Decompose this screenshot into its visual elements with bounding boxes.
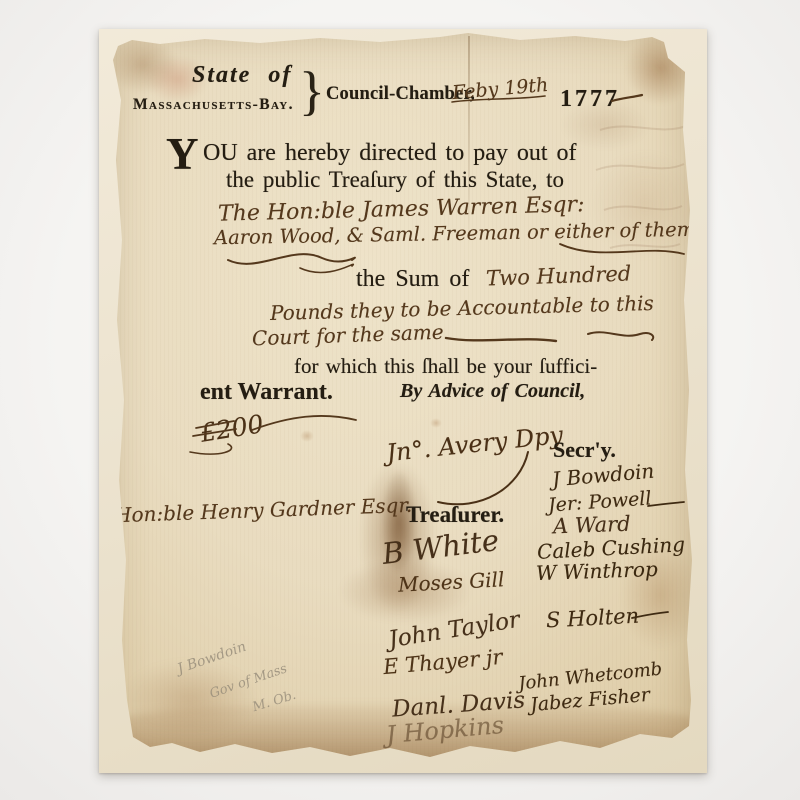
dropcap-Y: Y [166, 132, 199, 177]
printed-sum-of: the Sum of [356, 266, 469, 293]
handwritten-jn-avery: Jn°. Avery Dpy [385, 421, 564, 467]
photo-background: State of Massachusetts-Bay. } Council-Ch… [0, 0, 800, 800]
handwritten-amount: £200 [198, 409, 265, 448]
signature-j-bowdoin: J Bowdoin [551, 459, 655, 492]
signature-s-holten: S Holten [545, 604, 639, 633]
foxing-dot-1 [300, 430, 314, 442]
pencil-note-line-3: M. Ob. [251, 688, 298, 715]
signature-a-ward: A Ward [553, 512, 631, 539]
printed-line-1: OU are hereby directed to pay out of [203, 140, 577, 167]
printed-secry: Secr'y. [553, 437, 616, 463]
signature-moses-gill: Moses Gill [397, 567, 505, 597]
pencil-note-line-1: J Bowdoin [175, 639, 248, 677]
printed-by-advice: By Advice of Council, [400, 380, 585, 403]
signature-b-white: B White [380, 523, 500, 571]
signature-w-winthrop: W Winthrop [536, 557, 658, 585]
handwritten-henry-gardner: Hon:ble Henry Gardner Esqr. [114, 493, 413, 527]
printed-state-of: State of [192, 62, 292, 89]
handwritten-two-hundred: Two Hundred [486, 261, 632, 290]
printed-ent-warrant: ent Warrant. [200, 379, 333, 406]
printed-closing-1: for which this ſhall be your ſuffici- [294, 354, 597, 379]
handwritten-accountable-line: Pounds they to be Accountable to this [270, 291, 654, 325]
printed-line-2: the public Treaſury of this State, to [226, 167, 564, 193]
foxing-dot-2 [430, 418, 442, 428]
handwritten-date: Feby 19th [451, 74, 549, 104]
brace-glyph: } [299, 60, 325, 122]
printed-year: 1777 [560, 86, 620, 113]
stain-right-mid [590, 150, 700, 260]
printed-massachusetts-bay: Massachusetts-Bay. [133, 96, 294, 114]
